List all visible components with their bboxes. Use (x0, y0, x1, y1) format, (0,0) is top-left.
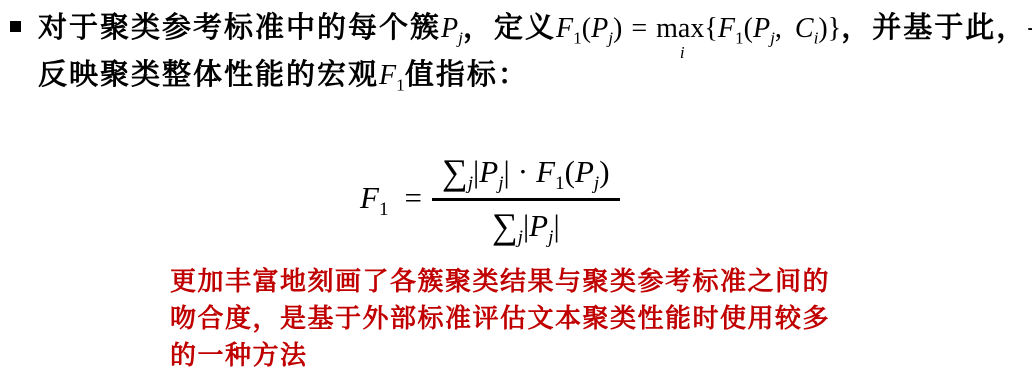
max-operator: maxi (656, 15, 704, 43)
sub-1: 1 (379, 199, 389, 220)
paren-open: ( (744, 13, 753, 44)
var-C: C (795, 13, 814, 44)
paren-close: ) (818, 13, 827, 44)
brace-close: } (828, 13, 841, 44)
brace-open: { (704, 13, 717, 44)
var-P: P (529, 208, 548, 243)
var-F: F (379, 60, 396, 91)
paren-open: ( (565, 154, 575, 189)
sub-1: 1 (396, 76, 405, 95)
fraction: ∑j|Pj|·F1(Pj) ∑j|Pj| (432, 150, 620, 245)
line2-text-prefix: 反映聚类整体性能的宏观 (38, 59, 379, 91)
formula-lhs: F1 (360, 180, 389, 216)
annotation-note: 更加丰富地刻画了各簇聚类结果与聚类参考标准之间的 吻合度，是基于外部标准评估文本… (170, 263, 830, 374)
sub-1: 1 (573, 29, 582, 48)
slide-canvas: 对于聚类参考标准中的每个簇Pj，定义F1(Pj)=maxi{F1(Pj, Ci)… (0, 0, 1032, 384)
paren-open: ( (582, 13, 591, 44)
sigma-icon: ∑ (492, 206, 518, 246)
bullet-paragraph: 对于聚类参考标准中的每个簇Pj，定义F1(Pj)=maxi{F1(Pj, Ci)… (8, 5, 1028, 99)
sigma-icon: ∑ (442, 152, 468, 192)
macro-f1-formula: F1 = ∑j|Pj|·F1(Pj) ∑j|Pj| (360, 150, 620, 245)
abs-bar: | (553, 208, 559, 243)
bullet-line-2: 反映聚类整体性能的宏观F1值指标： (38, 52, 1028, 99)
note-line-3: 的一种方法 (170, 337, 830, 374)
sub-1: 1 (735, 29, 744, 48)
comma: , (775, 13, 789, 44)
paren-close: ) (599, 154, 609, 189)
equals-sign: = (631, 13, 647, 44)
sub-1: 1 (555, 173, 565, 194)
var-P: P (441, 13, 458, 44)
var-P: P (575, 154, 594, 189)
var-F: F (536, 154, 555, 189)
paren-close: ) (613, 13, 622, 44)
var-F: F (718, 13, 735, 44)
line1-text-suffix: ，并基于此，导出 (841, 12, 1032, 44)
center-dot: · (518, 154, 528, 189)
var-F: F (556, 13, 573, 44)
max-limit-i: i (680, 44, 685, 61)
bullet-line-1: 对于聚类参考标准中的每个簇Pj，定义F1(Pj)=maxi{F1(Pj, Ci)… (38, 5, 1028, 52)
var-P: P (479, 154, 498, 189)
var-F: F (360, 180, 379, 215)
equals-sign: = (405, 180, 422, 216)
note-line-2: 吻合度，是基于外部标准评估文本聚类性能时使用较多 (170, 300, 830, 337)
line1-text-mid: ，定义 (463, 12, 556, 44)
line2-text-suffix: 值指标： (405, 59, 529, 91)
abs-bar: | (504, 154, 510, 189)
line1-text-prefix: 对于聚类参考标准中的每个簇 (38, 12, 441, 44)
note-line-1: 更加丰富地刻画了各簇聚类结果与聚类参考标准之间的 (170, 263, 830, 300)
bullet-square-icon (10, 21, 21, 32)
bullet-text: 对于聚类参考标准中的每个簇Pj，定义F1(Pj)=maxi{F1(Pj, Ci)… (38, 5, 1028, 99)
var-P: P (753, 13, 770, 44)
var-P: P (591, 13, 608, 44)
fraction-numerator: ∑j|Pj|·F1(Pj) (432, 150, 620, 201)
fraction-denominator: ∑j|Pj| (492, 201, 560, 245)
